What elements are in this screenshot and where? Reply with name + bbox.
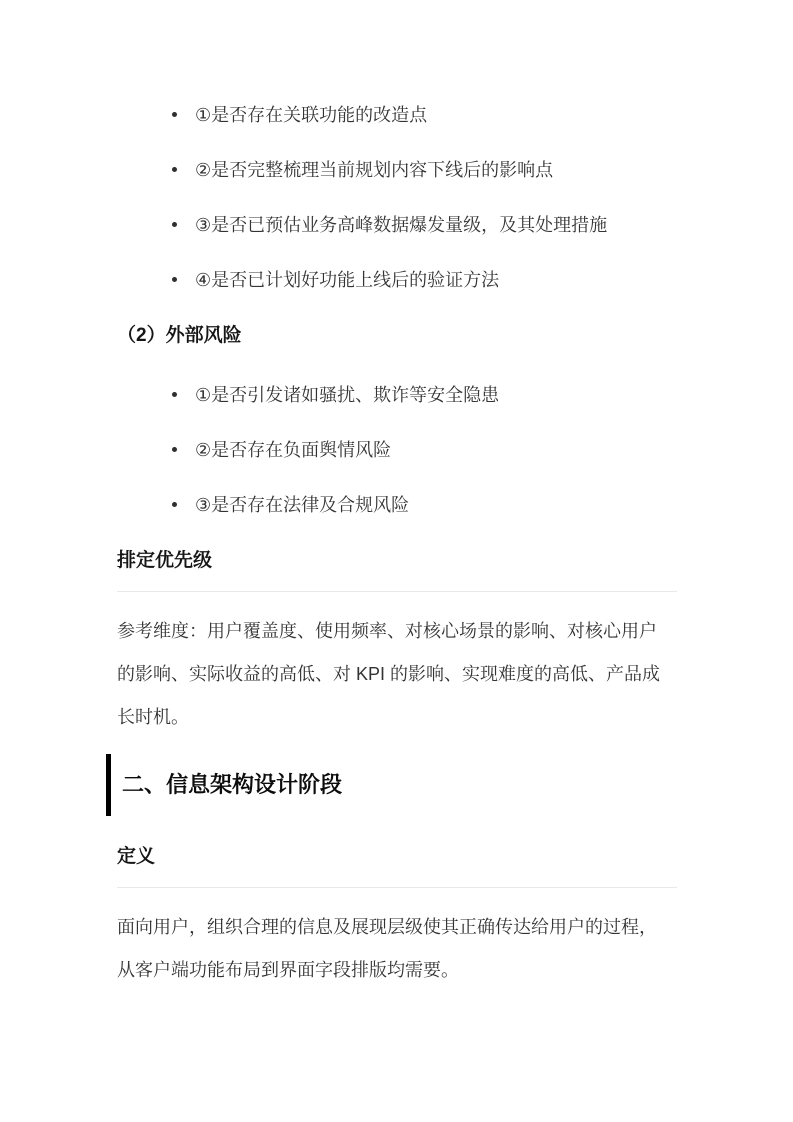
bullet-dot-icon (172, 167, 177, 172)
divider (117, 887, 677, 888)
divider (117, 591, 677, 592)
list-item-text: ①是否引发诸如骚扰、欺诈等安全隐患 (195, 385, 499, 405)
priority-paragraph: 参考维度：用户覆盖度、使用频率、对核心场景的影响、对核心用户 的影响、实际收益的… (117, 610, 677, 739)
bullet-dot-icon (172, 112, 177, 117)
paragraph-line: 面向用户，组织合理的信息及展现层级使其正确传达给用户的过程， (117, 906, 677, 949)
external-risk-bullet-list: ①是否引发诸如骚扰、欺诈等安全隐患 ②是否存在负面舆情风险 ③是否存在法律及合规… (117, 386, 677, 514)
bullet-dot-icon (172, 447, 177, 452)
list-item: ③是否存在法律及合规风险 (117, 496, 677, 514)
section-heading-block: 二、信息架构设计阶段 (106, 754, 677, 816)
bullet-dot-icon (172, 277, 177, 282)
content-column: ①是否存在关联功能的改造点 ②是否完整梳理当前规划内容下线后的影响点 ③是否已预… (117, 0, 677, 992)
external-risk-heading: （2）外部风险 (117, 326, 677, 345)
bullet-dot-icon (172, 392, 177, 397)
list-item-text: ②是否存在负面舆情风险 (195, 440, 391, 460)
list-item-text: ④是否已计划好功能上线后的验证方法 (195, 270, 499, 290)
section-heading: 二、信息架构设计阶段 (122, 774, 342, 796)
list-item: ④是否已计划好功能上线后的验证方法 (117, 271, 677, 289)
definition-paragraph: 面向用户，组织合理的信息及展现层级使其正确传达给用户的过程， 从客户端功能布局到… (117, 906, 677, 992)
paragraph-line: 参考维度：用户覆盖度、使用频率、对核心场景的影响、对核心用户 (117, 610, 677, 653)
internal-risk-bullet-list: ①是否存在关联功能的改造点 ②是否完整梳理当前规划内容下线后的影响点 ③是否已预… (117, 106, 677, 289)
list-item-text: ③是否已预估业务高峰数据爆发量级，及其处理措施 (195, 215, 607, 235)
list-item-text: ②是否完整梳理当前规划内容下线后的影响点 (195, 160, 553, 180)
paragraph-line: 的影响、实际收益的高低、对 KPI 的影响、实现难度的高低、产品成 (117, 653, 677, 696)
definition-heading: 定义 (117, 847, 677, 866)
list-item: ②是否存在负面舆情风险 (117, 441, 677, 459)
list-item-text: ①是否存在关联功能的改造点 (195, 105, 427, 125)
list-item: ①是否引发诸如骚扰、欺诈等安全隐患 (117, 386, 677, 404)
list-item-text: ③是否存在法律及合规风险 (195, 495, 409, 515)
paragraph-line: 从客户端功能布局到界面字段排版均需要。 (117, 949, 677, 992)
list-item: ①是否存在关联功能的改造点 (117, 106, 677, 124)
list-item: ②是否完整梳理当前规划内容下线后的影响点 (117, 161, 677, 179)
priority-heading: 排定优先级 (117, 551, 677, 570)
document-page: ①是否存在关联功能的改造点 ②是否完整梳理当前规划内容下线后的影响点 ③是否已预… (0, 0, 793, 1122)
paragraph-line: 长时机。 (117, 696, 677, 739)
bullet-dot-icon (172, 502, 177, 507)
bullet-dot-icon (172, 222, 177, 227)
list-item: ③是否已预估业务高峰数据爆发量级，及其处理措施 (117, 216, 677, 234)
